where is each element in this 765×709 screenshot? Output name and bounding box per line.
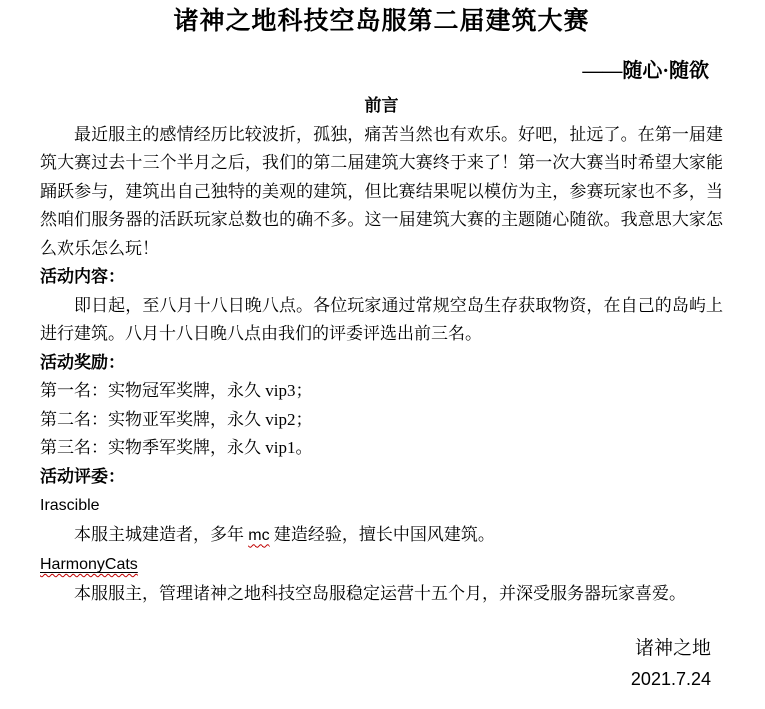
judge-name-irascible: Irascible	[40, 491, 723, 521]
signature-block: 诸神之地 2021.7.24	[40, 634, 723, 694]
award-third-place: 第三名：实物季军奖牌，永久 vip1。	[40, 434, 723, 463]
content-paragraph: 即日起，至八月十八日晚八点。各位玩家通过常规空岛生存获取物资，在自己的岛屿上进行…	[40, 292, 723, 349]
judge-name-harmonycats-underline: HarmonyCats	[40, 554, 138, 573]
judge-name-harmonycats: HarmonyCats	[40, 550, 723, 580]
preface-paragraph: 最近服主的感情经历比较波折，孤独，痛苦当然也有欢乐。好吧，扯远了。在第一届建筑大…	[40, 121, 723, 264]
spellcheck-flagged-word: mc	[248, 527, 269, 544]
content-heading: 活动内容：	[40, 263, 723, 292]
award-first-place: 第一名：实物冠军奖牌，永久 vip3；	[40, 377, 723, 406]
signature-name: 诸神之地	[40, 634, 711, 664]
byline: ——随心·随欲	[40, 58, 723, 84]
judge-name-harmonycats-label: HarmonyCats	[40, 556, 138, 573]
judge-name-irascible-label: Irascible	[40, 497, 100, 514]
document-title: 诸神之地科技空岛服第二届建筑大赛	[40, 4, 723, 40]
judge-irascible-desc-after: 建造经验，擅长中国风建筑。	[270, 525, 495, 544]
document-page: 诸神之地科技空岛服第二届建筑大赛 ——随心·随欲 前言 最近服主的感情经历比较波…	[0, 0, 765, 709]
judge-irascible-description: 本服主城建造者，多年 mc 建造经验，擅长中国风建筑。	[40, 521, 723, 551]
judge-irascible-desc-before: 本服主城建造者，多年	[74, 525, 248, 544]
judges-heading: 活动评委：	[40, 463, 723, 492]
signature-date: 2021.7.24	[40, 664, 711, 694]
awards-heading: 活动奖励：	[40, 349, 723, 378]
preface-heading: 前言	[40, 92, 723, 121]
award-second-place: 第二名：实物亚军奖牌，永久 vip2；	[40, 406, 723, 435]
judge-harmonycats-description: 本服服主，管理诸神之地科技空岛服稳定运营十五个月，并深受服务器玩家喜爱。	[40, 580, 723, 609]
